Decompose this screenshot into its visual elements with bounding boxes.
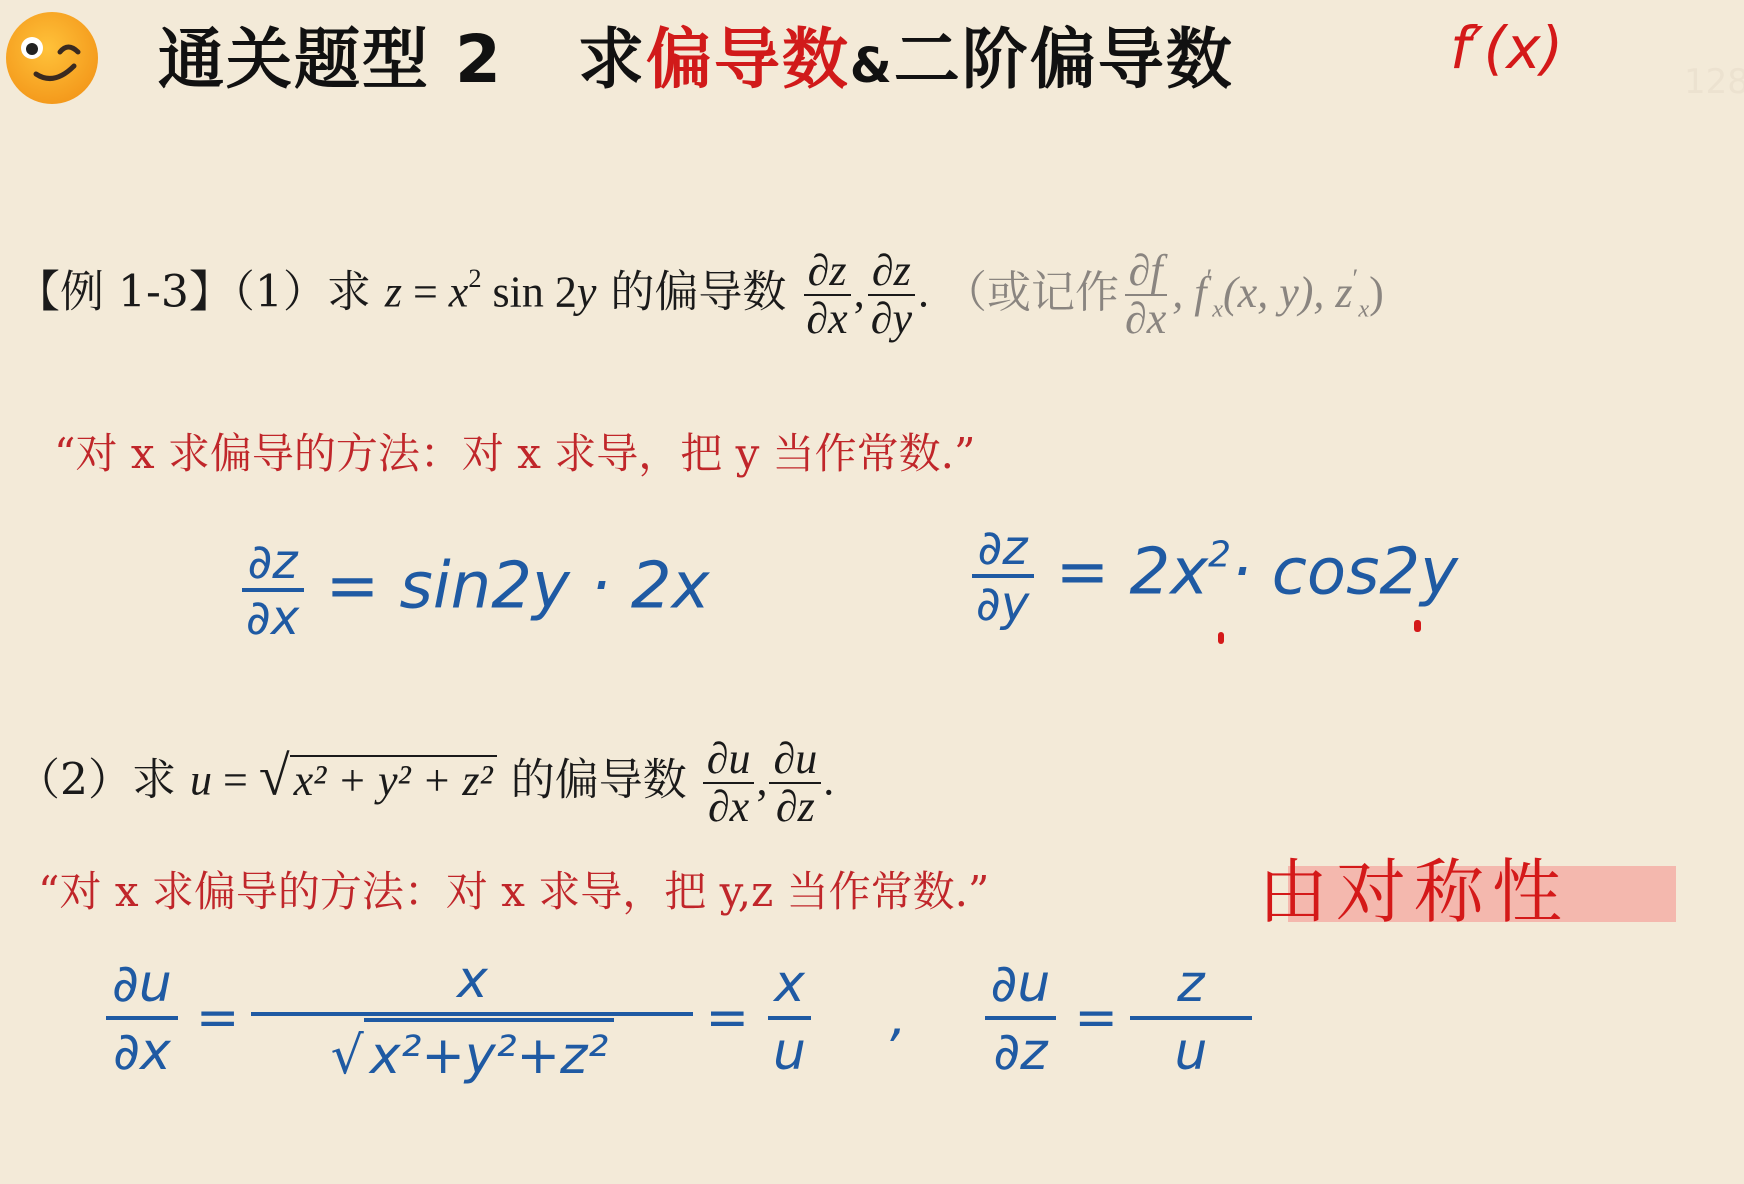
winking-face-emoji-icon	[2, 8, 102, 108]
red-mark	[1218, 632, 1224, 644]
handwritten-symmetry-note: 由对称性	[1258, 836, 1570, 937]
handwritten-dz-dy-solution: ∂z∂y = 2x2· cos2y	[970, 524, 1458, 628]
title-highlight: 偏导数	[646, 21, 850, 98]
du-dx-fraction: ∂u∂x	[703, 736, 755, 830]
rule-partial-x-note-2: “对 x 求偏导的方法：对 x 求导，把 y,z 当作常数.”	[38, 862, 989, 922]
title-ampersand: &	[850, 38, 894, 94]
rule-partial-x-note-1: “对 x 求偏导的方法：对 x 求导，把 y 当作常数.”	[54, 424, 976, 484]
example-label: 【例 1-3】	[16, 267, 233, 318]
radicand: x² + y² + z²	[290, 755, 497, 803]
page-title: 通关题型 2 求偏导数&二阶偏导数	[158, 18, 1234, 108]
example-1-3-part2: （2）求 u = √x² + y² + z² 的偏导数 ∂u∂x,∂u∂z.	[16, 736, 834, 830]
title-prefix: 通关题型 2	[158, 21, 503, 98]
page-number: 128	[1684, 62, 1744, 102]
red-mark	[1414, 620, 1421, 632]
dz-dy-fraction: ∂z∂y	[867, 248, 916, 342]
example-1-3-part1: 【例 1-3】（1）求 z = x2 sin 2y 的偏导数 ∂z∂x,∂z∂y…	[16, 248, 1384, 342]
alternate-notation: （或记作∂f∂x, f′x(x, y), z′x)	[943, 267, 1384, 318]
handwritten-du-solution: ∂u∂x = x√x²+y²+z² = xu , ∂u∂z = zu	[106, 950, 1246, 1086]
title-suffix: 二阶偏导数	[894, 21, 1234, 98]
handwritten-f-prime-annotation: f′(x)	[1450, 14, 1563, 82]
handwritten-dz-dx-solution: ∂z∂x = sin2y · 2x	[240, 538, 709, 642]
title-qiu: 求	[578, 21, 646, 98]
dz-dx-fraction: ∂z∂x	[802, 248, 851, 342]
sqrt-symbol: √	[259, 746, 290, 808]
du-dz-fraction: ∂u∂z	[769, 736, 821, 830]
